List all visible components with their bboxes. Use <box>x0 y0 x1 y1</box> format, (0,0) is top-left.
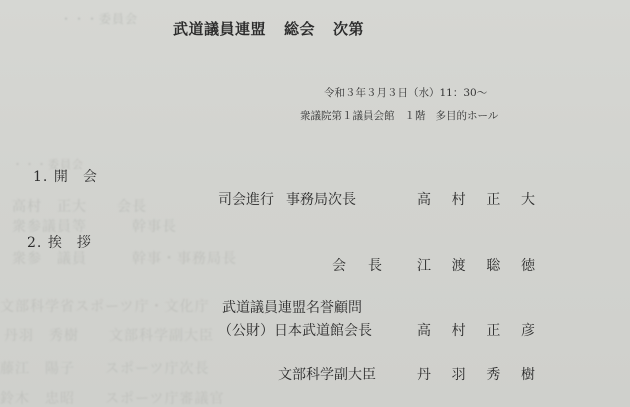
name-char: 高 <box>417 320 431 340</box>
agenda-number: 1. <box>33 169 48 185</box>
name-char: 彦 <box>521 320 535 340</box>
budokan-president-role: （公財）日本武道館会長 <box>218 320 372 340</box>
title-league: 武道議員連盟 <box>173 20 266 38</box>
role-text: 事務局次長 <box>286 192 356 208</box>
agenda-label-char: 拶 <box>77 235 92 251</box>
name-char: 樹 <box>521 364 535 384</box>
bleed-through-text: 文部科学省スポーツ庁・文化庁 <box>0 296 209 316</box>
emcee-role: 司会進行事務局次長 <box>218 189 356 209</box>
role-text: 司会進行 <box>218 192 274 208</box>
name-char: 村 <box>452 320 466 340</box>
meeting-datetime: 令和３年３月３日（水）11：30～ <box>324 85 487 100</box>
venue-building: 衆議院第１議員会館 <box>300 110 395 122</box>
agenda-label-char: 挨 <box>48 235 63 251</box>
bleed-through-text: 丹羽 秀樹 文部科学副大臣 <box>4 325 214 345</box>
chairman-role: 会 長 <box>332 255 382 275</box>
role-char: 長 <box>368 255 382 275</box>
name-char: 聡 <box>486 255 500 275</box>
honorary-advisor-role: 武道議員連盟名誉顧問 <box>222 297 362 317</box>
name-char: 高 <box>417 189 431 209</box>
emcee-name: 高 村 正 大 <box>417 189 535 209</box>
name-char: 渡 <box>452 255 466 275</box>
agenda-label-char: 会 <box>83 169 98 185</box>
bleed-through-text: ・・・委員会 <box>60 10 138 27</box>
agenda-number: 2. <box>27 235 42 251</box>
name-char: 丹 <box>417 364 431 384</box>
agenda-item-greetings: 2. 挨拶 <box>27 232 92 252</box>
meeting-venue: 衆議院第１議員会館１階多目的ホール <box>300 108 498 123</box>
name-char: 秀 <box>486 364 500 384</box>
document-title: 武道議員連盟総会次第 <box>173 18 364 39</box>
bleed-through-text: 高村 正大 会長 <box>12 196 147 216</box>
bleed-through-text: 藤江 陽子 スポーツ庁次長 <box>0 358 209 378</box>
bleed-through-text: 鈴木 忠昭 スポーツ庁審議官 <box>0 388 224 407</box>
name-char: 正 <box>486 320 500 340</box>
agenda-item-opening: 1. 開会 <box>33 166 98 186</box>
title-agenda: 次第 <box>333 20 364 38</box>
name-char: 村 <box>452 189 466 209</box>
vice-minister-name: 丹 羽 秀 樹 <box>417 364 535 384</box>
venue-room: 多目的ホール <box>436 110 499 122</box>
title-meeting: 総会 <box>284 20 315 38</box>
name-char: 徳 <box>521 255 535 275</box>
name-char: 正 <box>486 189 500 209</box>
vice-minister-role: 文部科学副大臣 <box>278 364 376 384</box>
document-page: ・・・委員会 高村 正大 会長 ・・・委員会 衆参議員等 幹事長 衆参 議員 幹… <box>0 0 630 407</box>
chairman-name: 江 渡 聡 徳 <box>417 255 535 275</box>
name-char: 大 <box>521 189 535 209</box>
role-char: 会 <box>332 255 346 275</box>
name-char: 江 <box>417 255 431 275</box>
agenda-label-char: 開 <box>54 169 69 185</box>
honorary-advisor-name: 高 村 正 彦 <box>417 320 535 340</box>
name-char: 羽 <box>452 364 466 384</box>
venue-floor: １階 <box>405 110 426 122</box>
